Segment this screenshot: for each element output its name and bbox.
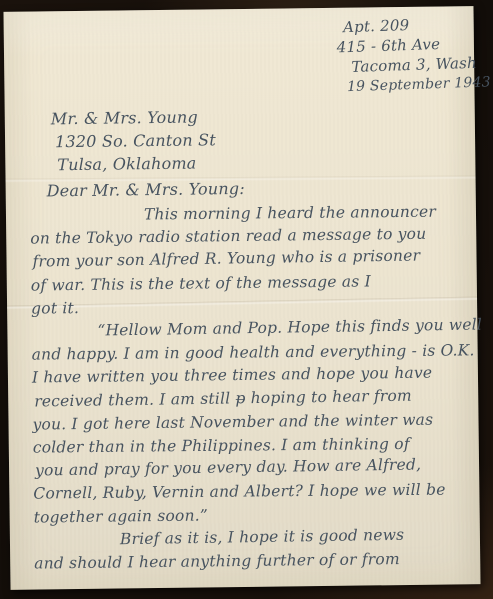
photo-background: Apt. 209 415 - 6th Ave Tacoma 3, Wash 19… — [0, 0, 493, 599]
recipient-address-line: Tulsa, Oklahoma — [57, 151, 216, 176]
return-address-block: Apt. 209 415 - 6th Ave Tacoma 3, Wash 19… — [336, 12, 491, 97]
letter-date: 19 September 1943 — [347, 72, 491, 97]
recipient-address-line: Mr. & Mrs. Young — [51, 105, 216, 130]
body-line: and happy. I am in good health and every… — [32, 340, 472, 367]
letter-body: This morning I heard the announcer on th… — [30, 199, 475, 576]
letter-paper: Apt. 209 415 - 6th Ave Tacoma 3, Wash 19… — [3, 6, 480, 590]
salutation: Dear Mr. & Mrs. Young: — [47, 179, 245, 200]
body-line: This morning I heard the announcer — [30, 200, 470, 227]
recipient-address-line: 1320 So. Canton St — [55, 128, 216, 153]
recipient-address-block: Mr. & Mrs. Young 1320 So. Canton St Tuls… — [51, 105, 217, 176]
body-line: Cornell, Ruby, Vernin and Albert? I hope… — [33, 479, 473, 506]
